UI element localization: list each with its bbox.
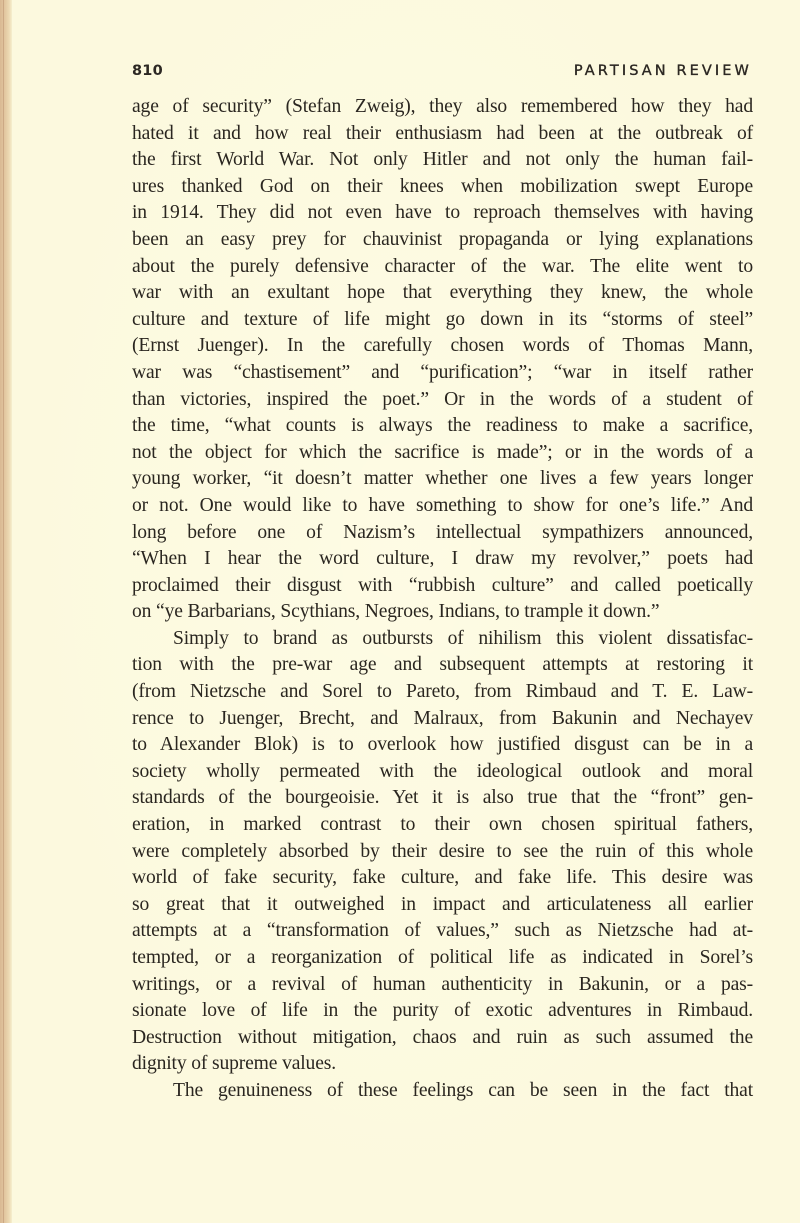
text-line: the time, “what counts is always the rea… xyxy=(132,413,753,440)
binding-shadow-line xyxy=(3,0,4,1223)
text-line: rence to Juenger, Brecht, and Malraux, f… xyxy=(132,706,753,733)
body-text: age of security” (Stefan Zweig), they al… xyxy=(132,94,753,1105)
text-line: world of fake security, fake culture, an… xyxy=(132,865,753,892)
page-number: 810 xyxy=(132,63,163,79)
text-line: eration, in marked contrast to their own… xyxy=(132,812,753,839)
text-line: in 1914. They did not even have to repro… xyxy=(132,200,753,227)
text-line: or not. One would like to have something… xyxy=(132,493,753,520)
text-line: young worker, “it doesn’t matter whether… xyxy=(132,466,753,493)
text-line: age of security” (Stefan Zweig), they al… xyxy=(132,94,753,121)
text-line: been an easy prey for chauvinist propaga… xyxy=(132,227,753,254)
text-line: writings, or a revival of human authenti… xyxy=(132,972,753,999)
text-line: culture and texture of life might go dow… xyxy=(132,307,753,334)
journal-title: PARTISAN REVIEW xyxy=(574,63,752,79)
text-line: society wholly permeated with the ideolo… xyxy=(132,759,753,786)
book-binding-edge xyxy=(0,0,12,1223)
text-line: hated it and how real their enthusiasm h… xyxy=(132,121,753,148)
text-line: on “ye Barbarians, Scythians, Negroes, I… xyxy=(132,599,753,626)
text-line: attempts at a “transformation of values,… xyxy=(132,918,753,945)
text-line: dignity of supreme values. xyxy=(132,1051,753,1078)
text-line: so great that it outweighed in impact an… xyxy=(132,892,753,919)
text-line: “When I hear the word culture, I draw my… xyxy=(132,546,753,573)
text-line: long before one of Nazism’s intellectual… xyxy=(132,520,753,547)
text-line: The genuineness of these feelings can be… xyxy=(132,1078,753,1105)
text-line: sionate love of life in the purity of ex… xyxy=(132,998,753,1025)
text-line: not the object for which the sacrifice i… xyxy=(132,440,753,467)
text-line: war with an exultant hope that everythin… xyxy=(132,280,753,307)
text-line: standards of the bourgeoisie. Yet it is … xyxy=(132,785,753,812)
text-line: Destruction without mitigation, chaos an… xyxy=(132,1025,753,1052)
running-header: 810 PARTISAN REVIEW xyxy=(132,63,752,83)
text-line: to Alexander Blok) is to overlook how ju… xyxy=(132,732,753,759)
text-line: (from Nietzsche and Sorel to Pareto, fro… xyxy=(132,679,753,706)
text-line: (Ernst Juenger). In the carefully chosen… xyxy=(132,333,753,360)
text-line: were completely absorbed by their desire… xyxy=(132,839,753,866)
text-line: proclaimed their disgust with “rubbish c… xyxy=(132,573,753,600)
text-line: Simply to brand as outbursts of nihilism… xyxy=(132,626,753,653)
text-line: the first World War. Not only Hitler and… xyxy=(132,147,753,174)
text-line: tempted, or a reorganization of politica… xyxy=(132,945,753,972)
text-line: ures thanked God on their knees when mob… xyxy=(132,174,753,201)
text-line: war was “chastisement” and “purification… xyxy=(132,360,753,387)
text-line: about the purely defensive character of … xyxy=(132,254,753,281)
text-line: tion with the pre-war age and subsequent… xyxy=(132,652,753,679)
text-line: than victories, inspired the poet.” Or i… xyxy=(132,387,753,414)
